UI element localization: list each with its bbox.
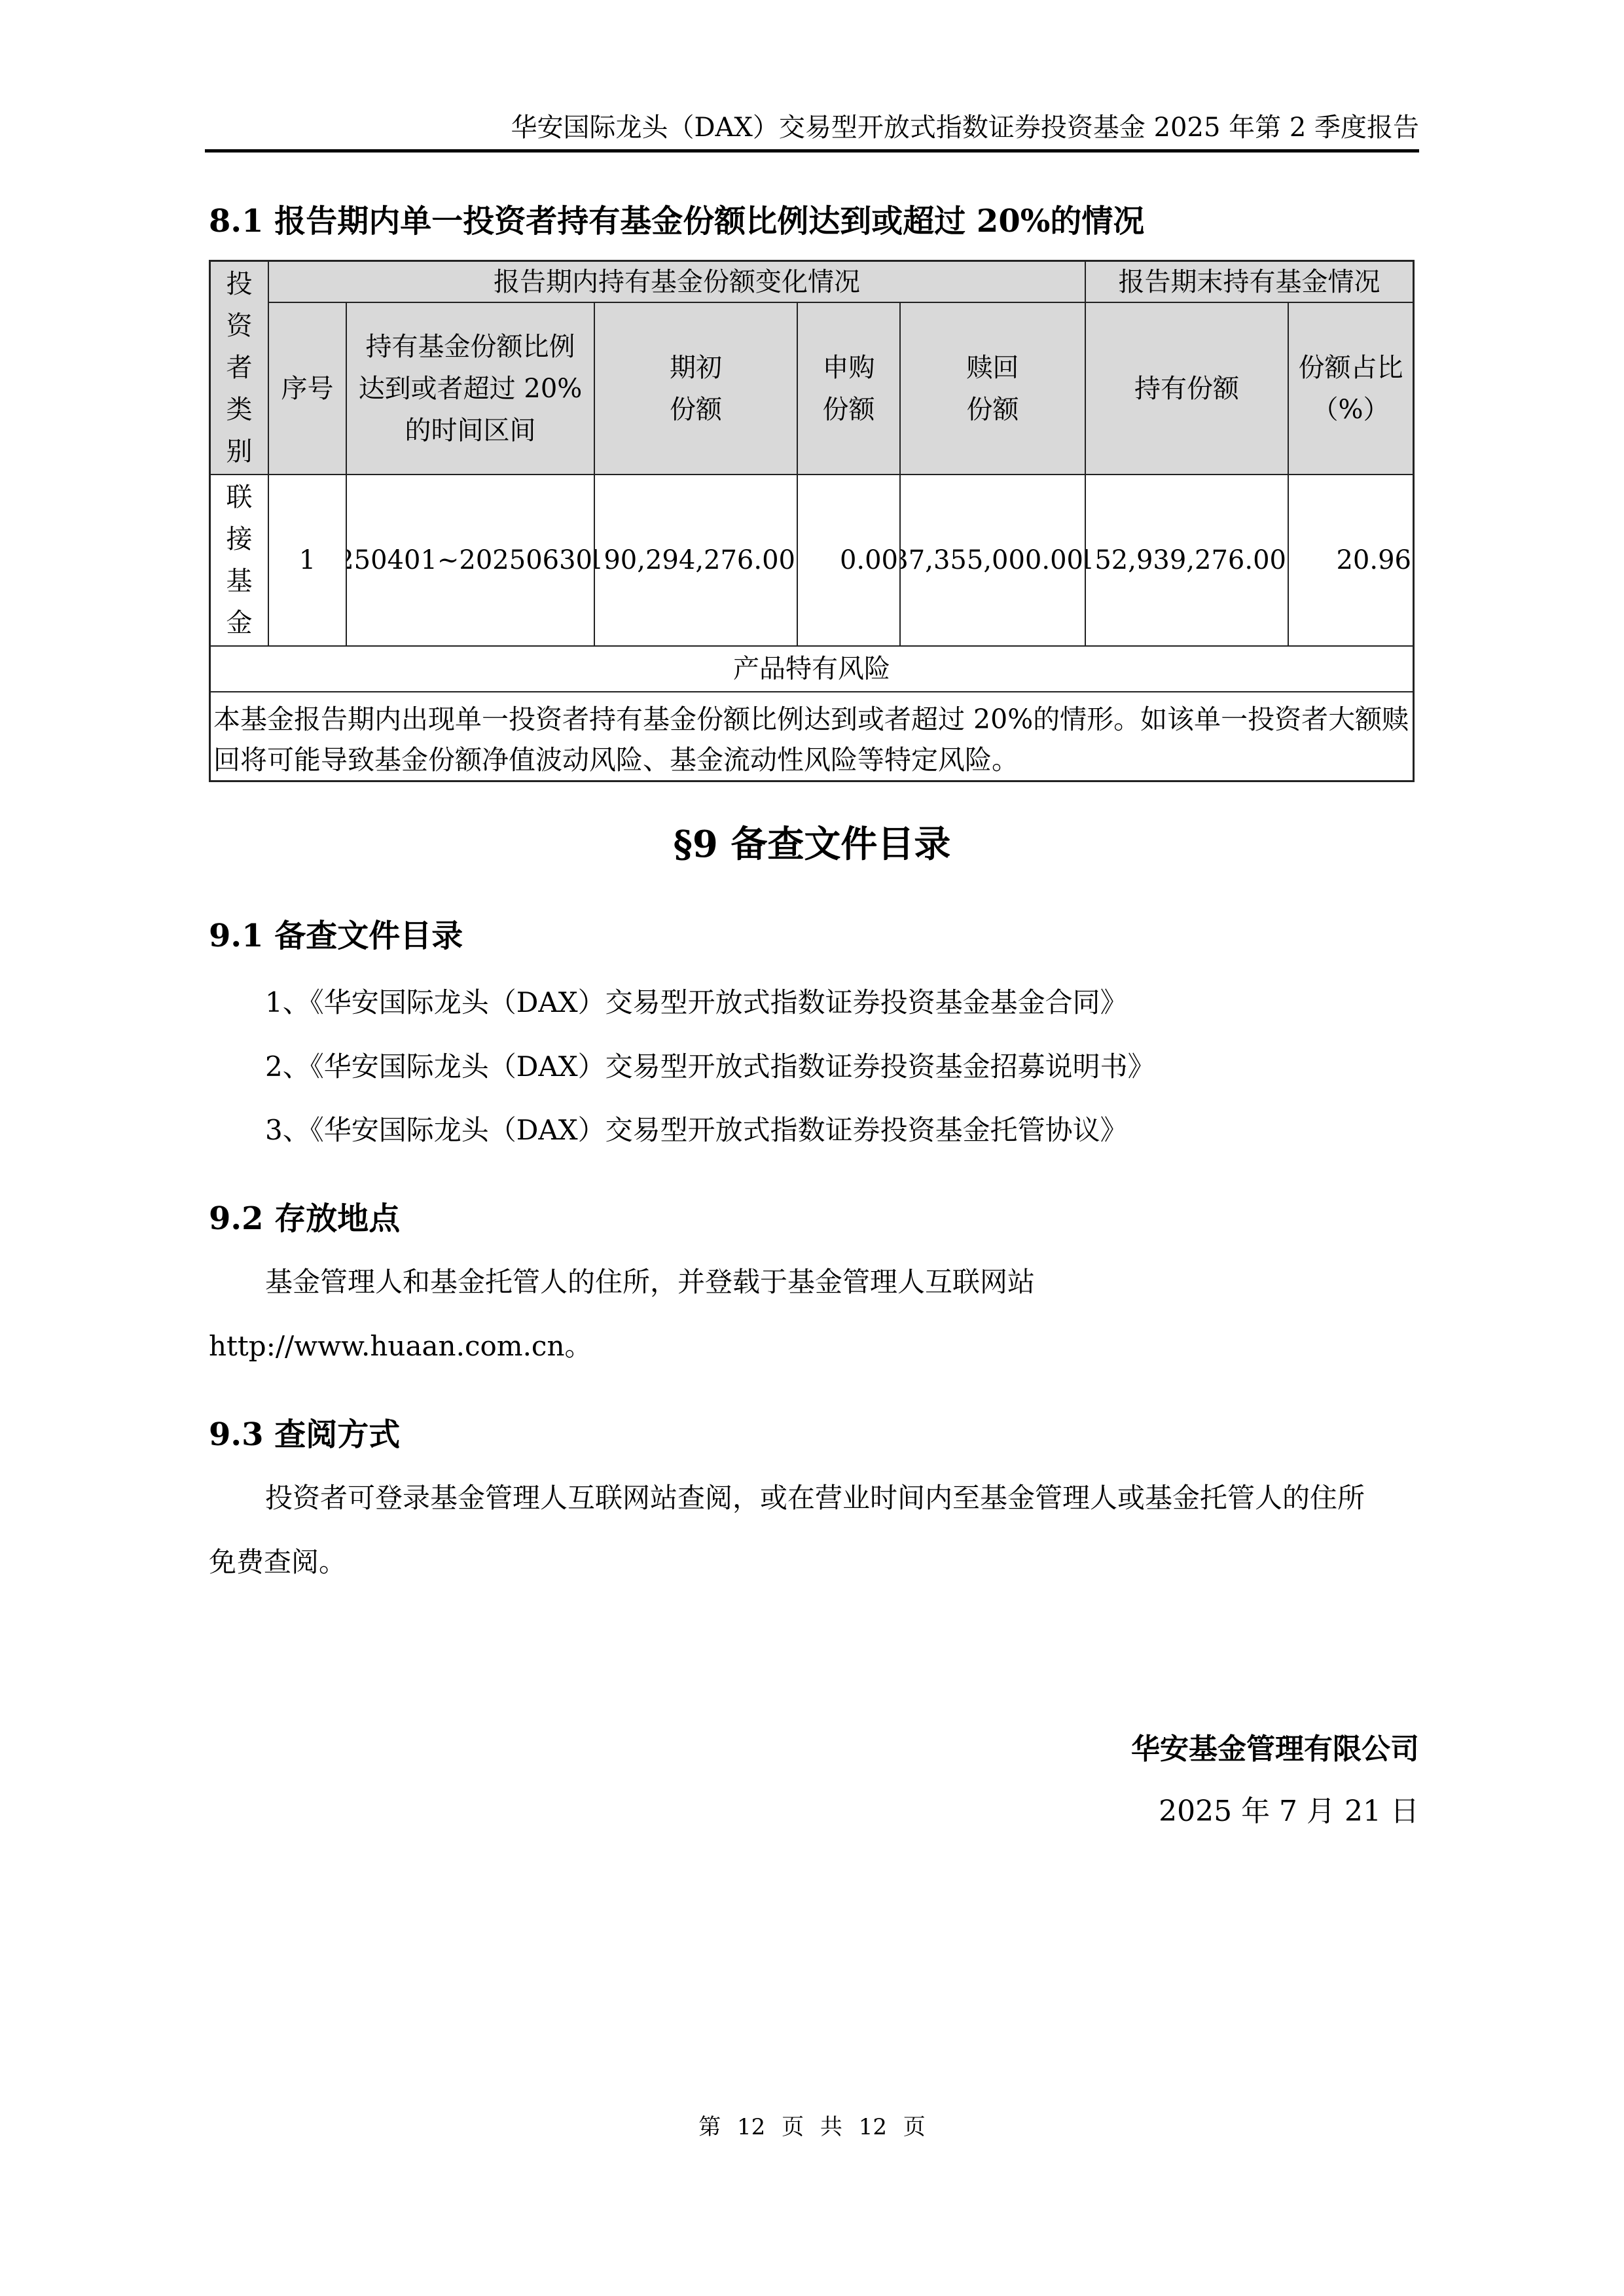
access-text-line1: 投资者可登录基金管理人互联网站查阅，或在营业时间内至基金管理人或基金托管人的住所 <box>265 1480 1365 1516</box>
header-line: 份额 <box>670 389 722 431</box>
header-line: 持有基金份额比例 <box>366 326 575 368</box>
header-line: （%） <box>1312 389 1389 431</box>
section-9-2-title: 9.2 存放地点 <box>209 1199 400 1238</box>
header-line: 份额 <box>823 389 875 431</box>
header-line: 达到或者超过 20% <box>359 368 583 410</box>
cell-share-ratio: 20.96 <box>1289 475 1413 647</box>
header-rule <box>205 149 1419 152</box>
section-9-3-title: 9.3 查阅方式 <box>209 1415 400 1454</box>
header-char: 类 <box>226 389 253 431</box>
header-period-change: 报告期内持有基金份额变化情况 <box>269 262 1086 303</box>
header-redemption-shares: 赎回 份额 <box>901 303 1086 475</box>
document-list-item: 2、《华安国际龙头（DAX）交易型开放式指数证券投资基金招募说明书》 <box>265 1049 1155 1085</box>
document-list-item: 3、《华安国际龙头（DAX）交易型开放式指数证券投资基金托管协议》 <box>265 1113 1128 1148</box>
risk-title: 产品特有风险 <box>211 647 1413 692</box>
cell-held-shares: 152,939,276.00 <box>1086 475 1289 647</box>
storage-text: 基金管理人和基金托管人的住所，并登载于基金管理人互联网站 <box>265 1265 1035 1300</box>
page-footer: 第 12 页 共 12 页 <box>0 2113 1624 2142</box>
header-period-end: 报告期末持有基金情况 <box>1086 262 1413 303</box>
header-subscription-shares: 申购 份额 <box>798 303 901 475</box>
cell-char: 金 <box>226 602 253 644</box>
header-line: 申购 <box>823 347 875 389</box>
header-seq: 序号 <box>269 303 347 475</box>
header-held-shares: 持有份额 <box>1086 303 1289 475</box>
risk-text: 本基金报告期内出现单一投资者持有基金份额比例达到或者超过 20%的情形。如该单一… <box>211 692 1413 780</box>
company-signature: 华安基金管理有限公司 <box>1131 1731 1419 1768</box>
header-interval: 持有基金份额比例 达到或者超过 20% 的时间区间 <box>347 303 595 475</box>
header-char: 资 <box>226 305 253 347</box>
holder-table: 投 资 者 类 别 报告期内持有基金份额变化情况 报告期末持有基金情况 序号 持… <box>209 260 1415 782</box>
cell-interval: 20250401~20250630 <box>347 475 595 647</box>
header-line: 期初 <box>670 347 722 389</box>
header-share-ratio: 份额占比 （%） <box>1289 303 1413 475</box>
header-char: 投 <box>226 263 253 305</box>
header-line: 份额 <box>967 389 1019 431</box>
cell-redemption-shares: 37,355,000.00 <box>901 475 1086 647</box>
cell-char: 基 <box>226 560 253 602</box>
header-line: 赎回 <box>967 347 1019 389</box>
website-link[interactable]: http://www.huaan.com.cn。 <box>209 1329 592 1364</box>
cell-investor-type: 联 接 基 金 <box>211 475 269 647</box>
signature-date: 2025 年 7 月 21 日 <box>1159 1793 1419 1830</box>
document-list-item: 1、《华安国际龙头（DAX）交易型开放式指数证券投资基金基金合同》 <box>265 985 1128 1020</box>
header-investor-type: 投 资 者 类 别 <box>211 262 269 475</box>
cell-char: 接 <box>226 518 253 560</box>
section-9-title: §9 备查文件目录 <box>0 821 1624 867</box>
header-char: 别 <box>226 431 253 473</box>
header-char: 者 <box>226 347 253 389</box>
section-9-1-title: 9.1 备查文件目录 <box>209 916 463 956</box>
section-8-1-title: 8.1 报告期内单一投资者持有基金份额比例达到或超过 20%的情况 <box>209 202 1144 241</box>
header-line: 的时间区间 <box>405 410 536 452</box>
access-text-line2: 免费查阅。 <box>209 1545 346 1580</box>
header-line: 份额占比 <box>1299 347 1403 389</box>
cell-subscription-shares: 0.00 <box>798 475 901 647</box>
cell-opening-shares: 190,294,276.00 <box>595 475 798 647</box>
cell-seq: 1 <box>269 475 347 647</box>
header-opening-shares: 期初 份额 <box>595 303 798 475</box>
running-header: 华安国际龙头（DAX）交易型开放式指数证券投资基金 2025 年第 2 季度报告 <box>205 111 1419 144</box>
cell-char: 联 <box>226 476 253 518</box>
